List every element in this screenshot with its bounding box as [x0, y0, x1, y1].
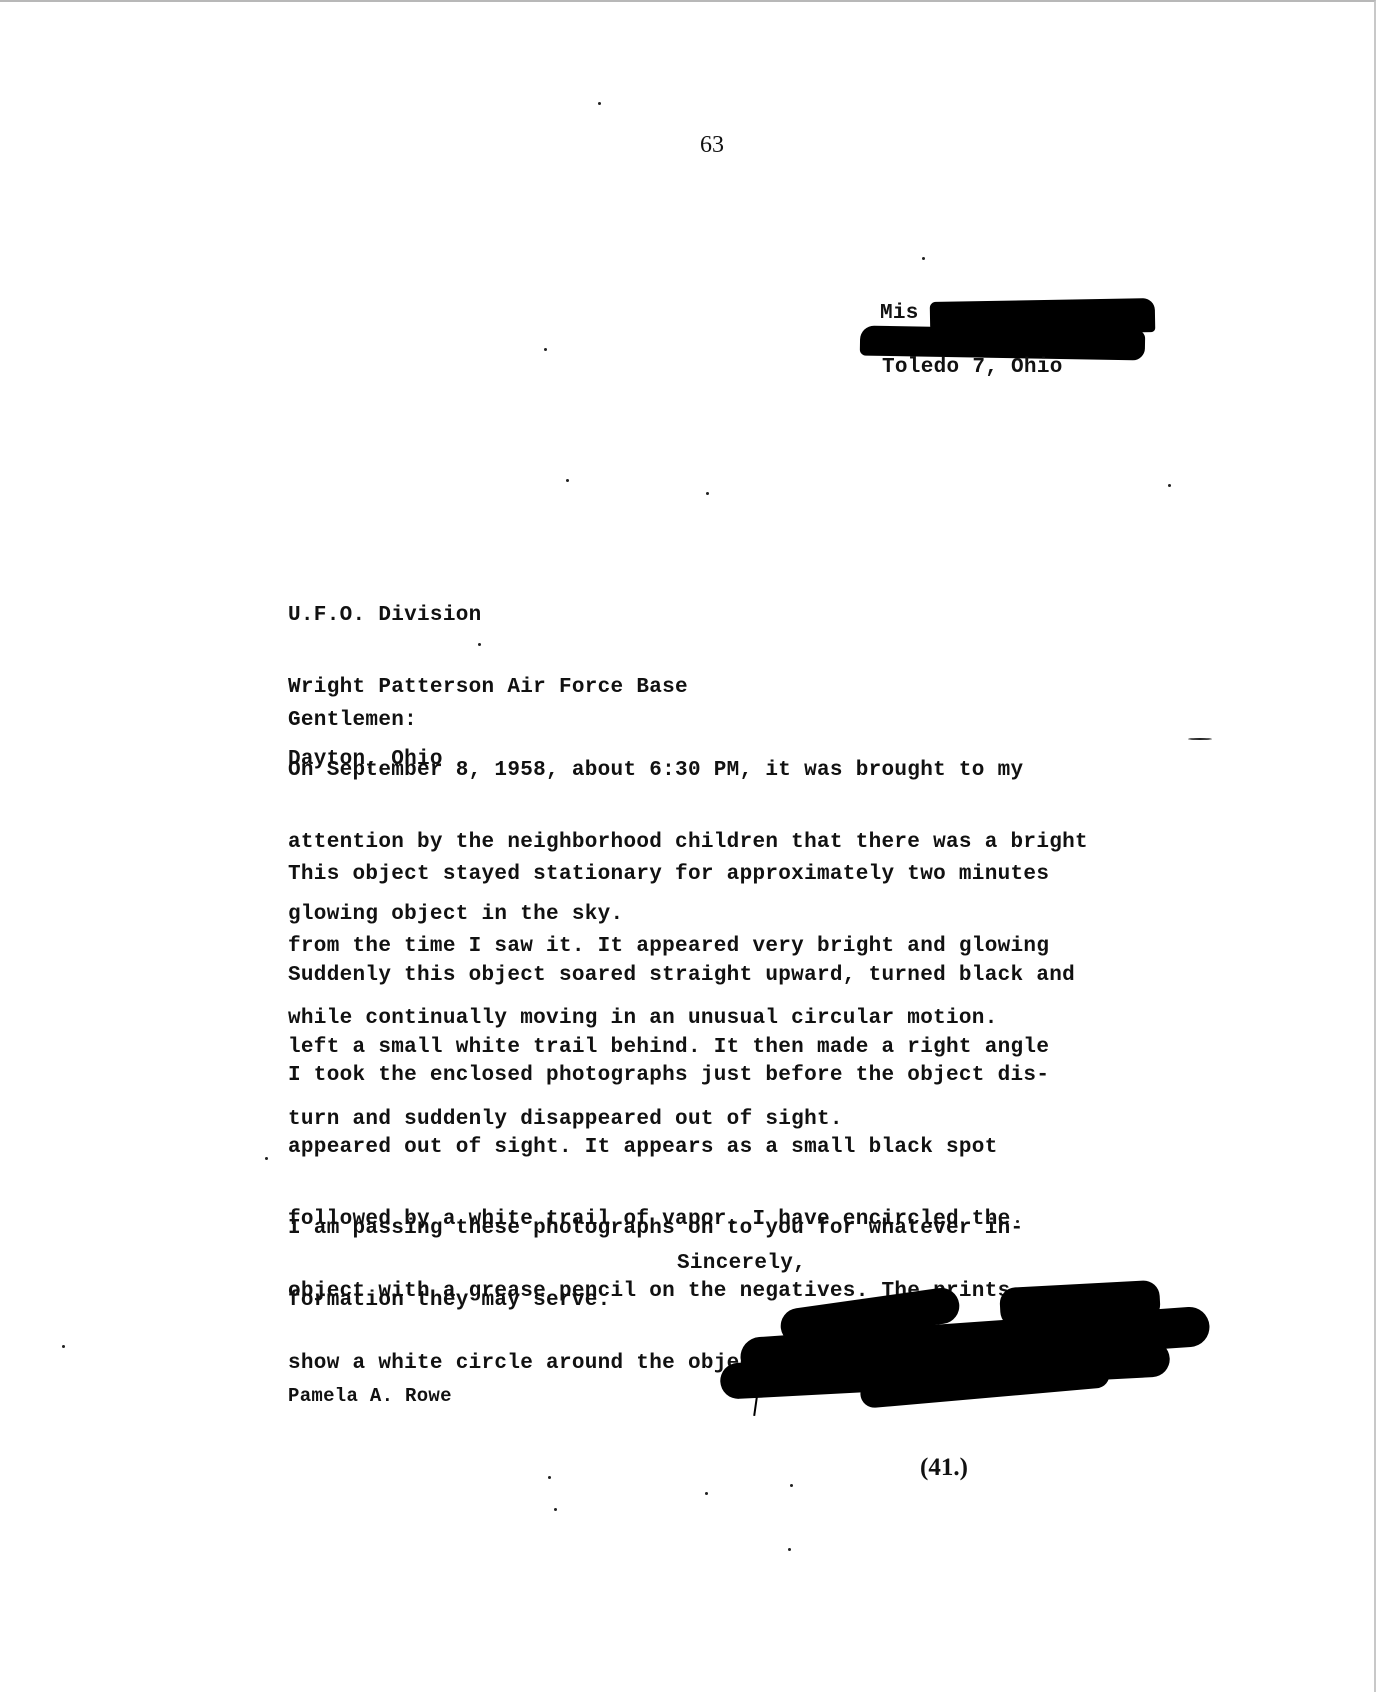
document-page: 63 Mis Toledo 7, Ohio U.F.O. Division Wr…: [0, 0, 1376, 1692]
sender-name-prefix: Mis: [880, 302, 919, 325]
scan-speck: [544, 348, 547, 351]
paragraph-line: On September 8, 1958, about 6:30 PM, it …: [288, 758, 1088, 784]
closing: Sincerely,: [677, 1252, 806, 1275]
scan-speck: [788, 1548, 791, 1551]
recipient-line: U.F.O. Division: [288, 603, 688, 629]
paragraph-line: Suddenly this object soared straight upw…: [288, 963, 1075, 989]
paragraph-line: This object stayed stationary for approx…: [288, 862, 1049, 888]
scan-speck: [790, 1484, 793, 1487]
folio-number: (41.): [920, 1454, 968, 1482]
scan-speck: [1188, 738, 1212, 740]
scan-speck: [1016, 1220, 1019, 1223]
paragraph-line: I am passing these photographs on to you…: [288, 1216, 1023, 1242]
paragraph-line: I took the enclosed photographs just bef…: [288, 1063, 1049, 1089]
scan-speck: [1168, 484, 1171, 487]
scan-speck: [566, 479, 569, 482]
scan-speck: [706, 492, 709, 495]
scan-speck: [705, 1492, 708, 1495]
paragraph-line: appeared out of sight. It appears as a s…: [288, 1135, 1049, 1161]
scan-speck: [62, 1345, 65, 1348]
scan-speck: [548, 1476, 551, 1479]
scan-speck: [265, 1157, 268, 1160]
sender-city: Toledo 7, Ohio: [882, 356, 1063, 379]
scan-speck: [478, 643, 481, 646]
page-number: 63: [700, 132, 724, 159]
scan-speck: [554, 1508, 557, 1511]
typed-signature-name: Pamela A. Rowe: [288, 1385, 452, 1407]
scan-speck: [598, 102, 601, 105]
scan-speck: [922, 257, 925, 260]
